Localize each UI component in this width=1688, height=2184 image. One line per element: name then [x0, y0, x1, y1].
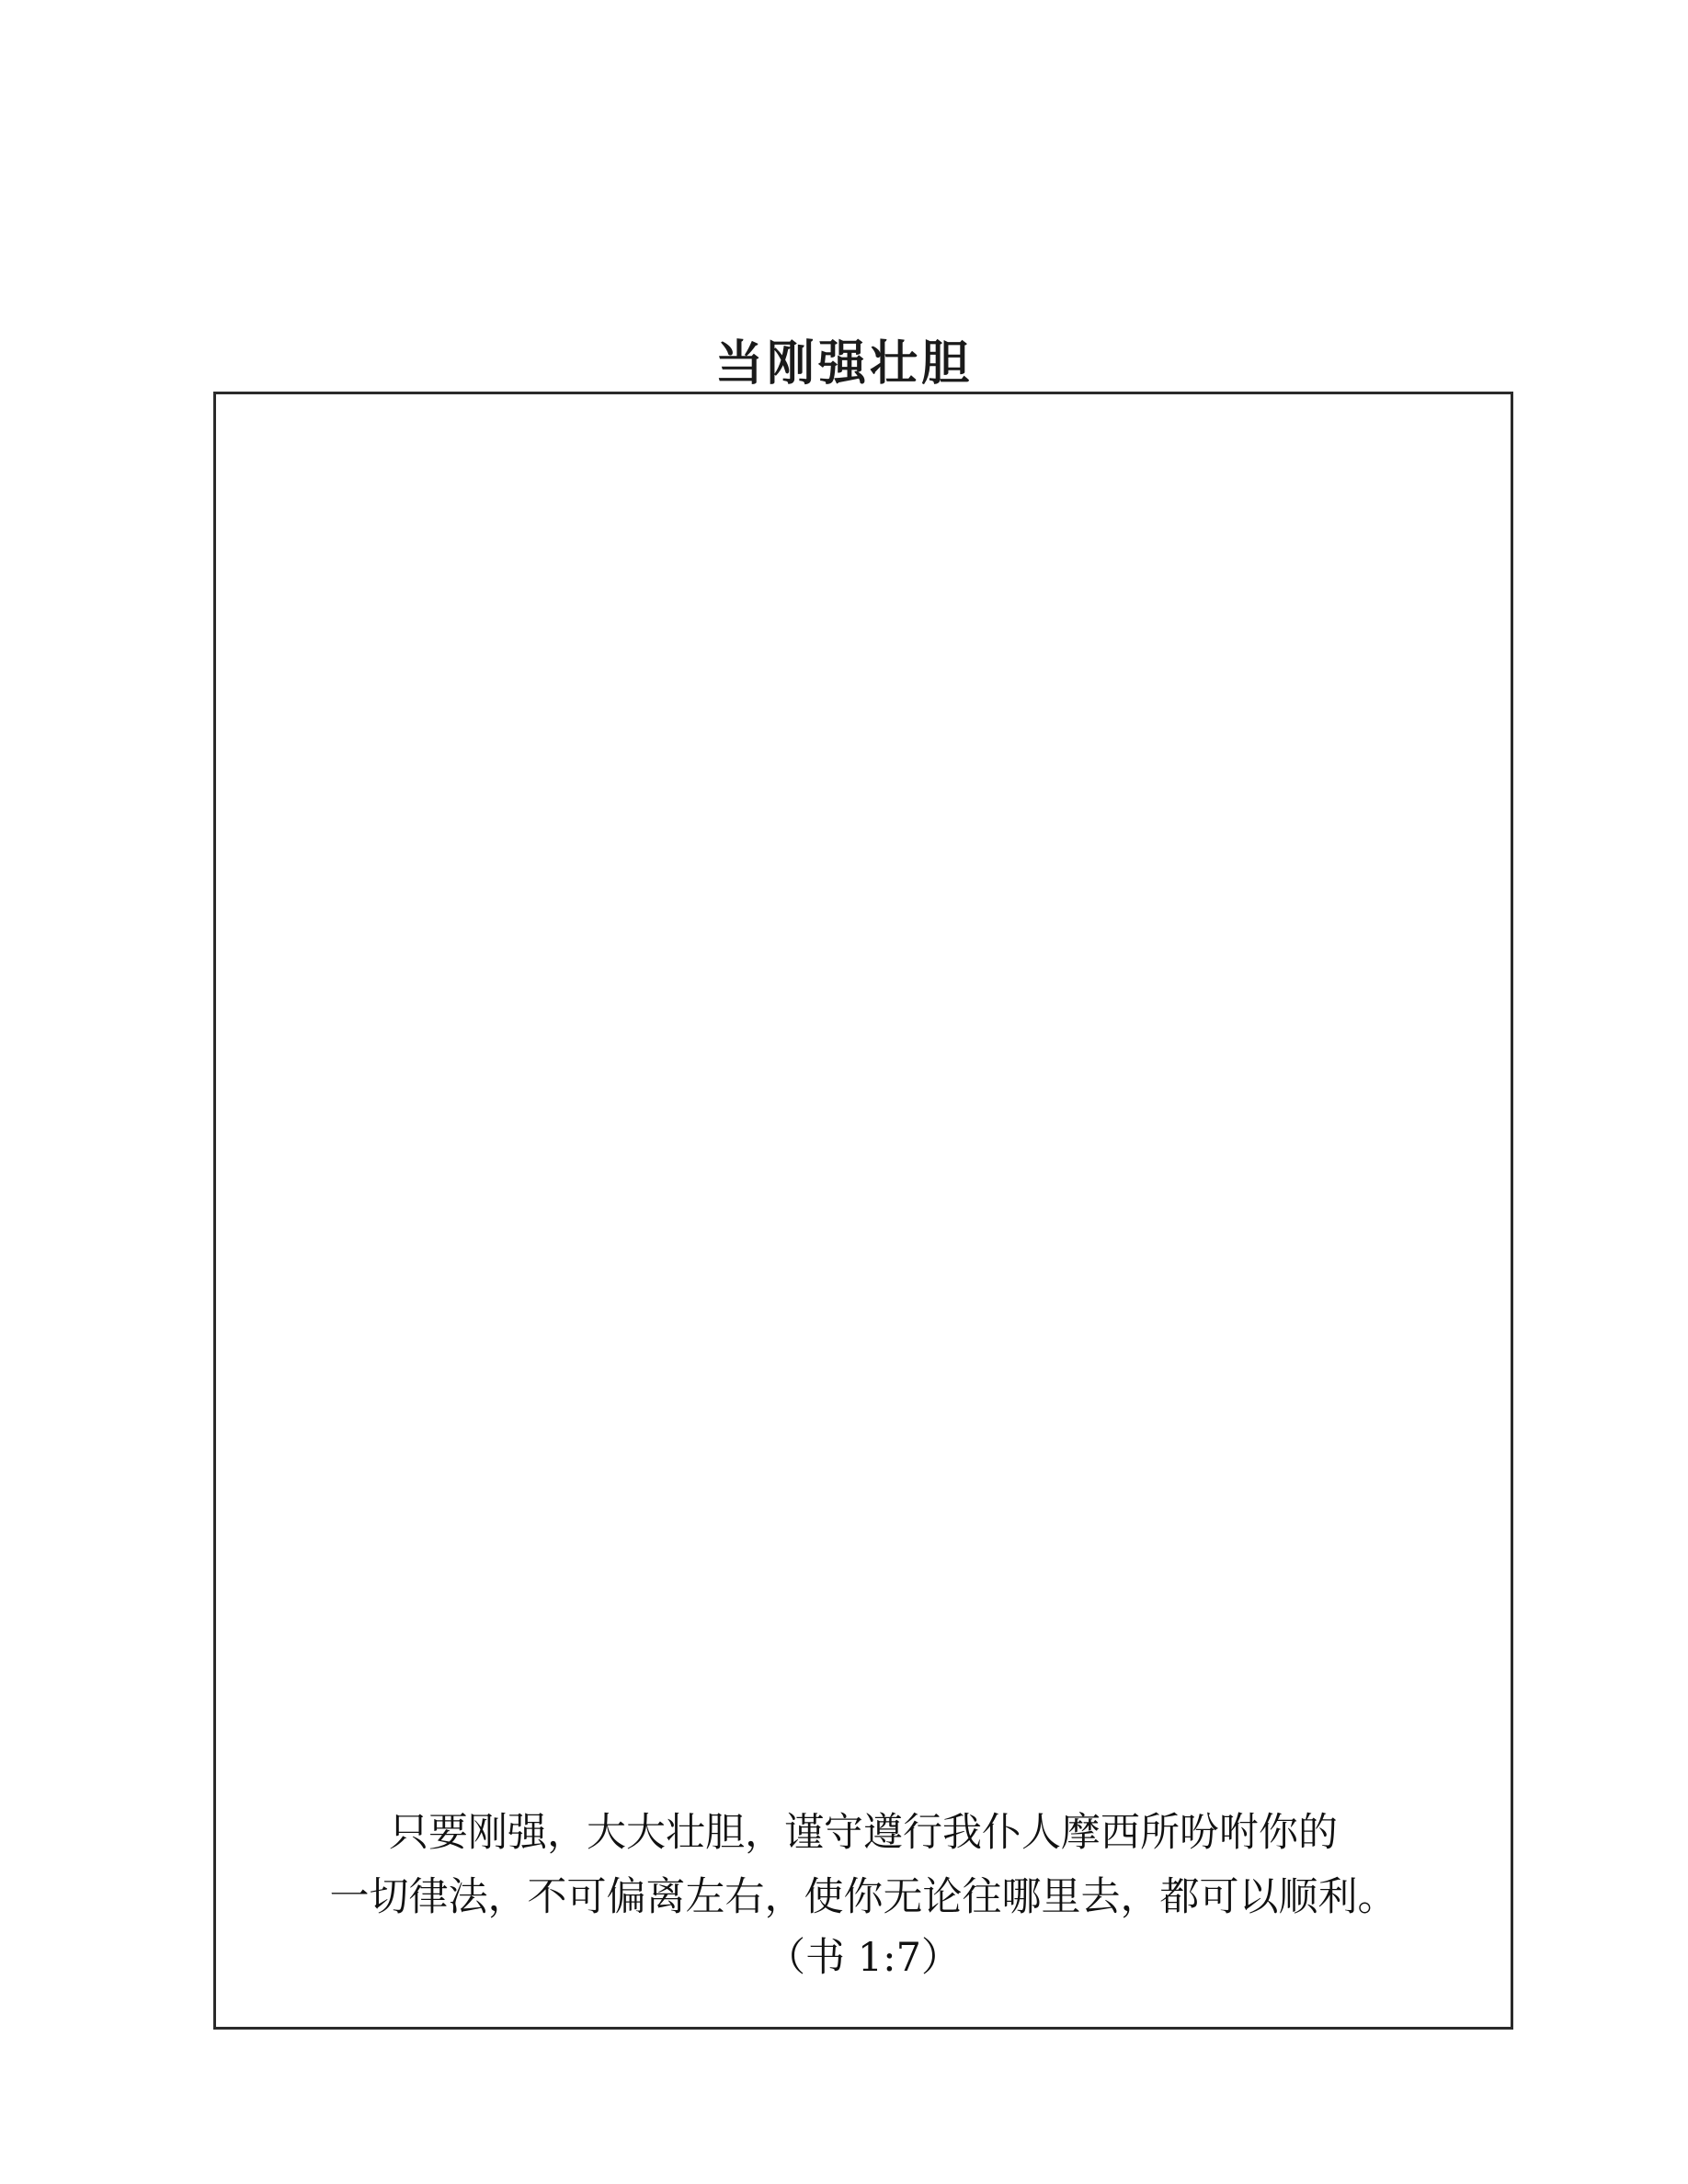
verse-reference: （书 1:7）	[216, 1926, 1511, 1990]
drawing-frame: 只要刚强，大大壮胆，谨守遵行我仆人摩西所吩咐你的 一切律法，不可偏离左右，使你无…	[213, 392, 1513, 2030]
page-title: 当刚强壮胆	[0, 332, 1688, 396]
verse-line-1: 只要刚强，大大壮胆，谨守遵行我仆人摩西所吩咐你的	[216, 1801, 1511, 1865]
verse-block: 只要刚强，大大壮胆，谨守遵行我仆人摩西所吩咐你的 一切律法，不可偏离左右，使你无…	[216, 1801, 1511, 1990]
blank-drawing-area	[216, 394, 1511, 1779]
verse-line-2: 一切律法，不可偏离左右，使你无论往哪里去，都可以顺利。	[216, 1865, 1511, 1929]
